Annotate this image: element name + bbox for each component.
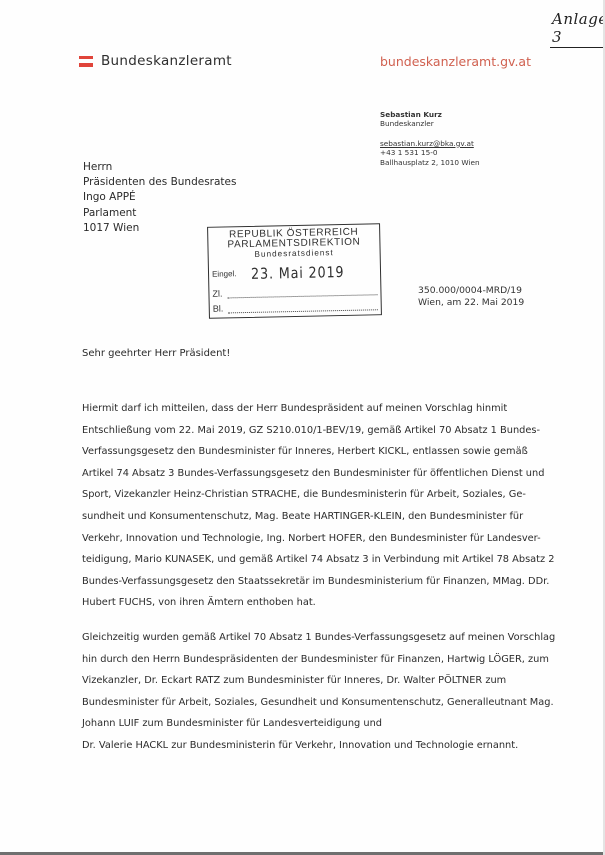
organization-name: Bundeskanzleramt xyxy=(101,53,232,69)
recipient-address: Herrn Präsidenten des Bundesrates Ingo A… xyxy=(83,160,236,236)
sender-email-link[interactable]: sebastian.kurz@bka.gv.at xyxy=(380,139,480,148)
text-line: Hubert FUCHS, von ihren Ämtern enthoben … xyxy=(82,592,552,614)
text-line: Gleichzeitig wurden gemäß Artikel 70 Abs… xyxy=(82,627,552,649)
reference-number: 350.000/0004-MRD/19 xyxy=(418,285,524,297)
sender-address: Ballhausplatz 2, 1010 Wien xyxy=(380,158,480,167)
text-line: Artikel 74 Absatz 3 Bundes-Verfassungsge… xyxy=(82,463,552,485)
stamp-received-label: Eingel. xyxy=(212,269,237,279)
organization-logo: Bundeskanzleramt xyxy=(79,53,232,69)
sender-phone: +43 1 531 15-0 xyxy=(380,148,480,157)
text-line: sundheit und Konsumentenschutz, Mag. Bea… xyxy=(82,506,552,528)
text-line: hin durch den Herrn Bundespräsidenten de… xyxy=(82,649,552,671)
sender-title: Bundeskanzler xyxy=(380,119,480,128)
text-line: teidigung, Mario KUNASEK, und gemäß Arti… xyxy=(82,549,552,571)
stamp-bl-label: Bl. xyxy=(213,304,224,314)
text-line: Verfassungsgesetz den Bundesminister für… xyxy=(82,441,552,463)
handwritten-annotation: Anlage 3 xyxy=(550,10,605,48)
recipient-line: Herrn xyxy=(83,160,236,175)
text-line: Hiermit darf ich mitteilen, dass der Her… xyxy=(82,398,552,420)
recipient-line: Parlament xyxy=(83,206,236,221)
letter-page: Anlage 3 Bundeskanzleramt bundeskanzlera… xyxy=(0,0,605,855)
body-paragraph-2: Gleichzeitig wurden gemäß Artikel 70 Abs… xyxy=(82,627,552,757)
received-stamp: REPUBLIK ÖSTERREICH PARLAMENTSDIREKTION … xyxy=(207,223,382,319)
text-line: Bundesminister für Arbeit, Soziales, Ges… xyxy=(82,692,552,714)
reference-block: 350.000/0004-MRD/19 Wien, am 22. Mai 201… xyxy=(418,285,524,308)
body-paragraph-1: Hiermit darf ich mitteilen, dass der Her… xyxy=(82,398,552,614)
text-line: Sport, Vizekanzler Heinz-Christian STRAC… xyxy=(82,484,552,506)
website-link[interactable]: bundeskanzleramt.gv.at xyxy=(380,54,531,69)
text-line: Entschließung vom 22. Mai 2019, GZ S210.… xyxy=(82,420,552,442)
text-line: Vizekanzler, Dr. Eckart RATZ zum Bundesm… xyxy=(82,670,552,692)
stamp-bl-dotted-line xyxy=(228,309,378,313)
text-line: Bundes-Verfassungsgesetz den Staatssekre… xyxy=(82,571,552,593)
stamp-zl-dotted-line xyxy=(228,294,378,298)
place-and-date: Wien, am 22. Mai 2019 xyxy=(418,297,524,309)
text-line: Verkehr, Innovation und Technologie, Ing… xyxy=(82,528,552,550)
stamp-received-date: 23. Mai 2019 xyxy=(251,263,345,283)
recipient-line: Ingo APPÉ xyxy=(83,190,236,205)
austrian-flag-stripes-icon xyxy=(79,56,93,67)
stamp-zl-label: Zl. xyxy=(212,289,222,299)
text-line: Dr. Valerie HACKL zur Bundesministerin f… xyxy=(82,735,552,757)
recipient-line: Präsidenten des Bundesrates xyxy=(83,175,236,190)
text-line: Johann LUIF zum Bundesminister für Lande… xyxy=(82,713,552,735)
sender-name: Sebastian Kurz xyxy=(380,110,480,119)
salutation: Sehr geehrter Herr Präsident! xyxy=(82,348,230,359)
sender-block: Sebastian Kurz Bundeskanzler sebastian.k… xyxy=(380,110,480,167)
